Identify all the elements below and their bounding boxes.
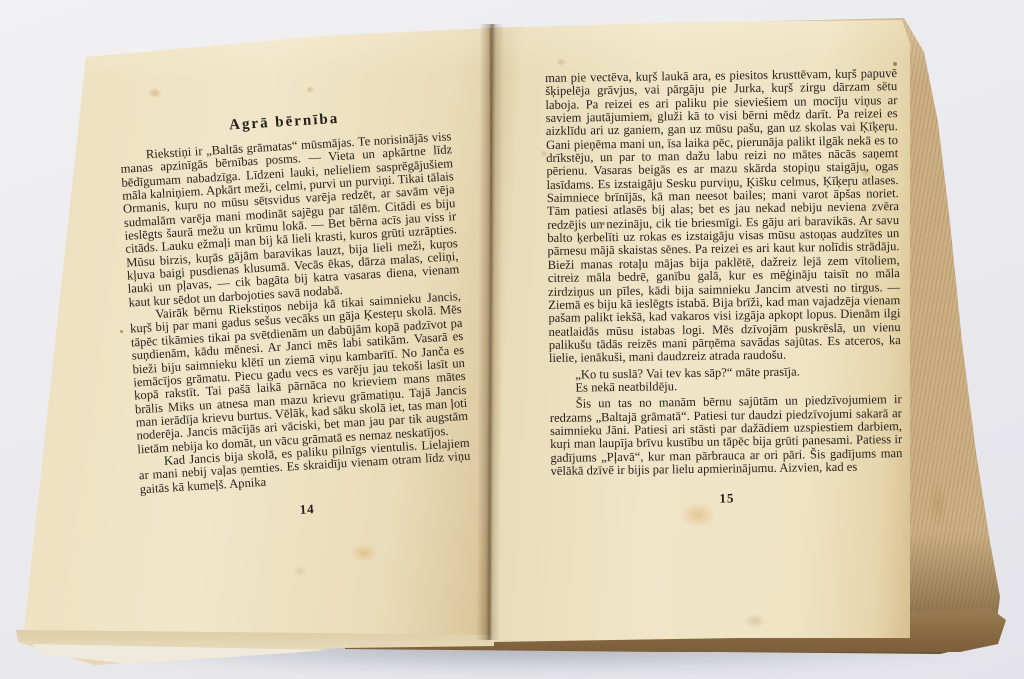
paragraph: man pie vectēva, kuŗš laukā ara, es pies…	[545, 67, 901, 365]
book-photo: Agrā bērnība Riekstiņi ir „Baltās grāmat…	[0, 0, 1024, 679]
right-page-text: man pie vectēva, kuŗš laukā ara, es pies…	[545, 67, 903, 509]
foxing-stain	[148, 88, 162, 98]
foxing-stain	[306, 86, 314, 93]
paragraph: Šis un tas no manām bērnu sajūtām un pie…	[550, 393, 903, 478]
foxing-stain	[293, 566, 307, 576]
foxing-stain	[928, 480, 948, 530]
book-gutter	[476, 24, 503, 640]
speck	[120, 330, 123, 333]
foxing-stain	[744, 614, 766, 628]
paragraph: Riekstiņi ir „Baltās grāmatas“ mūsmājas.…	[120, 130, 461, 310]
paragraph: Vairāk bērnu Riekstiņos nebija kā tikai …	[129, 290, 469, 456]
left-page-text: Agrā bērnība Riekstiņi ir „Baltās grāmat…	[118, 104, 473, 527]
foxing-stain	[556, 58, 566, 66]
foxing-stain	[350, 544, 378, 562]
